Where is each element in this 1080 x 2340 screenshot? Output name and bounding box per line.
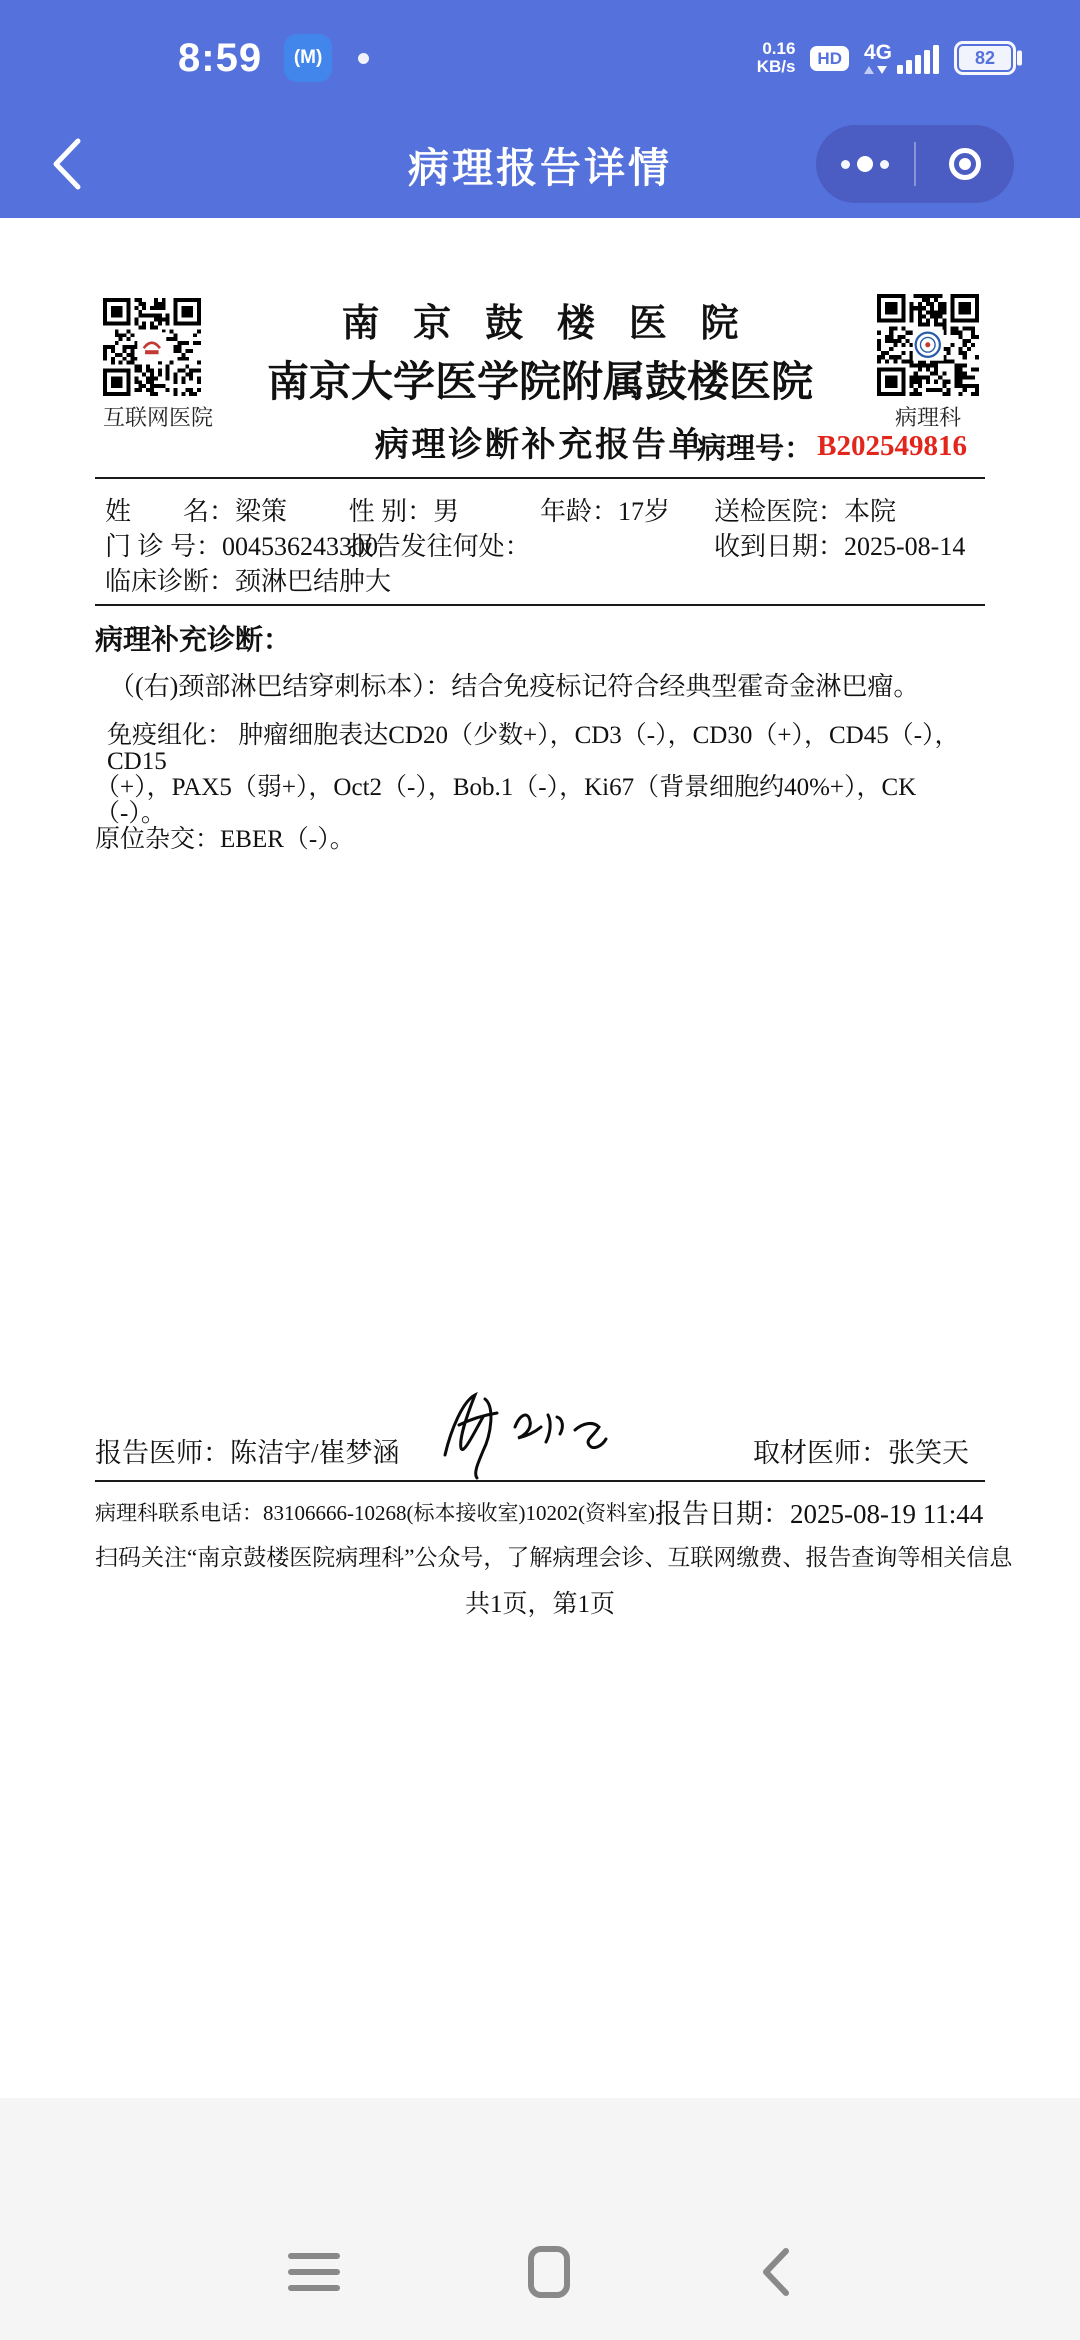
immunohistochemistry-text: 免疫组化： 肿瘤细胞表达CD20（少数+），CD3（-），CD30（+），CD4… — [95, 723, 985, 853]
hd-voice-icon: HD — [810, 46, 849, 71]
cellular-network-icon: 4G — [864, 42, 939, 74]
contact-phone: 病理科联系电话：83106666-10268(标本接收室)10202(资料室) — [95, 1497, 655, 1527]
report-document: 互联网医院 南 京 鼓 楼 医 院 南京大学医学院附属鼓楼医院 病理诊断补充报告… — [0, 218, 1080, 2098]
patient-sex: 男 — [433, 497, 459, 526]
data-updown-arrows-icon — [864, 66, 887, 74]
qr-label: 病理科 — [877, 401, 979, 432]
recents-menu-button[interactable] — [288, 2253, 340, 2291]
home-button[interactable] — [528, 2246, 570, 2298]
system-back-button[interactable] — [758, 2246, 792, 2298]
target-circle-icon — [949, 148, 981, 180]
clock: 8:59 — [178, 36, 262, 81]
report-title: 病理诊断补充报告单 — [95, 417, 985, 466]
qr-label: 互联网医院 — [103, 401, 201, 432]
miniprogram-capsule — [816, 125, 1014, 203]
patient-name: 梁策 — [235, 497, 287, 526]
diagnosis-section: 病理补充诊断： （(右)颈部淋巴结穿刺标本）：结合免疫标记符合经典型霍奇金淋巴瘤… — [95, 606, 985, 853]
blank-area — [95, 1620, 985, 2098]
sample-doctor: 张笑天 — [888, 1438, 969, 1468]
battery-percent: 82 — [975, 49, 995, 67]
patient-info-row: 门 诊 号：004536243300 报告发往何处： 收到日期：2025-08-… — [105, 526, 975, 561]
chevron-left-icon — [758, 2246, 792, 2298]
report-header: 互联网医院 南 京 鼓 楼 医 院 南京大学医学院附属鼓楼医院 病理诊断补充报告… — [95, 218, 985, 428]
more-options-button[interactable] — [816, 125, 914, 203]
report-doctor: 陈洁宇/崔梦涵 — [230, 1438, 400, 1468]
report-footer-row: 病理科联系电话：83106666-10268(标本接收室)10202(资料室) … — [95, 1482, 985, 1533]
back-button[interactable] — [34, 132, 98, 196]
battery-icon: 82 — [954, 41, 1016, 75]
ellipsis-icon — [841, 156, 889, 172]
report-date: 2025-08-19 11:44 — [790, 1499, 983, 1529]
qr-internet-hospital: 互联网医院 — [103, 298, 201, 432]
section-title: 病理补充诊断： — [95, 618, 985, 658]
patient-age: 17岁 — [618, 497, 670, 526]
doctor-signature-row: 报告医师：陈洁宇/崔梦涵 取材医师：张笑天 — [95, 1422, 985, 1480]
signal-bars-icon — [897, 45, 939, 74]
system-nav-area — [0, 2098, 1080, 2340]
network-speed: 0.16 KB/s — [757, 40, 796, 77]
patient-info: 姓 名：梁策 性 别：男 年龄：17岁 送检医院：本院 门 诊 号：004536… — [95, 479, 985, 604]
hospital-affiliation: 南京大学医学院附属鼓楼医院 — [95, 349, 985, 409]
status-bar: 8:59 (M) 0.16 KB/s HD 4G 82 — [0, 0, 1080, 110]
official-account-notice: 扫码关注“南京鼓楼医院病理科”公众号，了解病理会诊、互联网缴费、报告查询等相关信… — [95, 1539, 985, 1572]
page-title: 病理报告详情 — [408, 135, 672, 194]
chevron-left-icon — [44, 135, 88, 193]
notification-dot-icon — [358, 53, 369, 64]
close-miniprogram-button[interactable] — [916, 125, 1014, 203]
blank-area — [95, 853, 985, 1422]
clinical-diagnosis: 颈淋巴结肿大 — [235, 567, 391, 596]
qr-center-logo-red — [137, 332, 166, 361]
diagnosis-text: （(右)颈部淋巴结穿刺标本）：结合免疫标记符合经典型霍奇金淋巴瘤。 — [95, 666, 985, 703]
nav-bar: 病理报告详情 — [0, 110, 1080, 218]
qr-center-logo-blue — [913, 330, 944, 361]
patient-info-row: 临床诊断：颈淋巴结肿大 — [105, 561, 975, 596]
send-hospital: 本院 — [844, 497, 896, 526]
qr-pathology-dept: 病理科 — [877, 294, 979, 432]
page-info: 共1页，第1页 — [95, 1584, 985, 1620]
patient-info-row: 姓 名：梁策 性 别：男 年龄：17岁 送检医院：本院 — [105, 491, 975, 526]
notification-app-icon: (M) — [284, 34, 332, 82]
received-date: 2025-08-14 — [844, 532, 965, 561]
phone-screen: 8:59 (M) 0.16 KB/s HD 4G 82 — [0, 0, 1080, 2340]
hospital-name: 南 京 鼓 楼 医 院 — [107, 292, 985, 347]
